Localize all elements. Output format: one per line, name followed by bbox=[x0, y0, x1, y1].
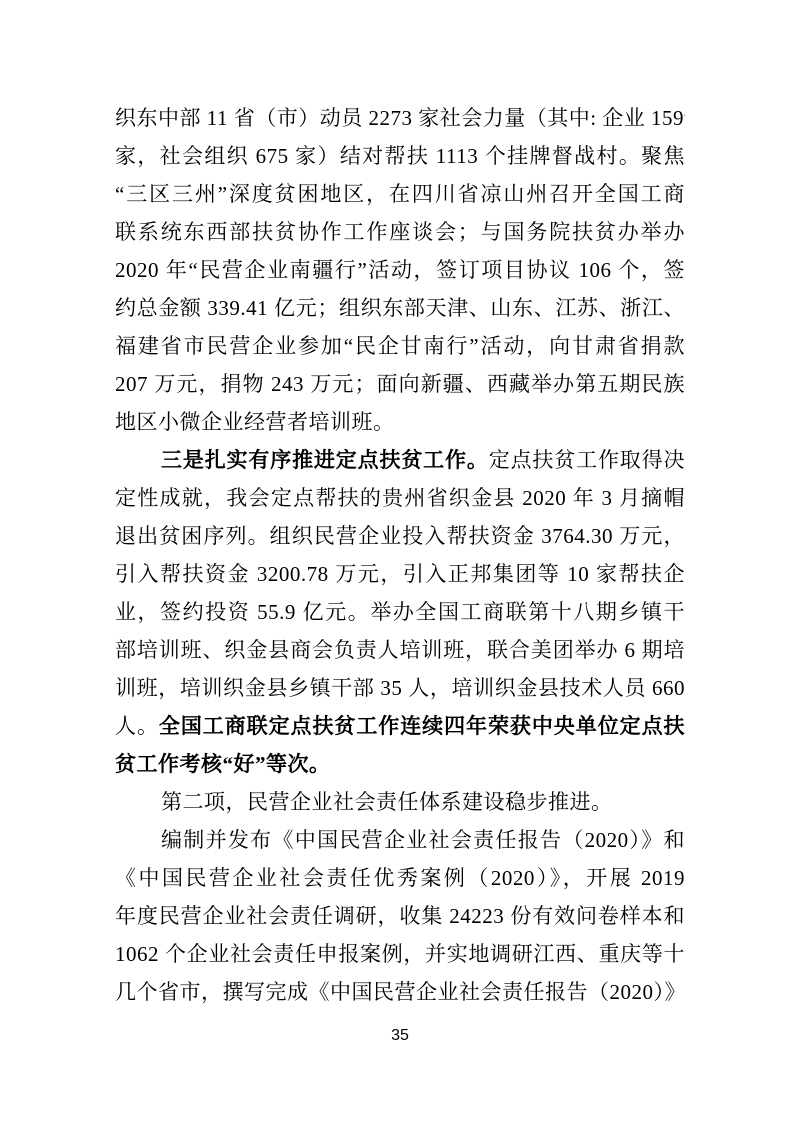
text-segment: 编制并发布《中国民营企业社会责任报告（2020）》和 bbox=[161, 828, 685, 852]
text-segment: 人。 bbox=[115, 714, 159, 738]
text-segment: 业，签约投资 55.9 亿元。举办全国工商联第十八期乡镇干 bbox=[115, 600, 685, 624]
text-segment: 福建省市民营企业参加“民企甘南行”活动，向甘肃省捐款 bbox=[115, 334, 685, 358]
text-segment: 地区小微企业经营者培训班。 bbox=[115, 410, 395, 434]
text-segment: 年度民营企业社会责任调研，收集 24223 份有效问卷样本和 bbox=[115, 904, 685, 928]
text-line: 三是扎实有序推进定点扶贫工作。定点扶贫工作取得决 bbox=[115, 441, 685, 479]
text-line: 207 万元，捐物 243 万元；面向新疆、西藏举办第五期民族 bbox=[115, 365, 685, 403]
text-segment: 联系统东西部扶贫协作工作座谈会；与国务院扶贫办举办 bbox=[115, 220, 685, 244]
text-line: 1062 个企业社会责任申报案例，并实地调研江西、重庆等十 bbox=[115, 935, 685, 973]
text-line: “三区三州”深度贫困地区，在四川省凉山州召开全国工商 bbox=[115, 175, 685, 213]
text-line: 《中国民营企业社会责任优秀案例（2020）》，开展 2019 bbox=[115, 859, 685, 897]
text-line: 人。全国工商联定点扶贫工作连续四年荣获中央单位定点扶 bbox=[115, 707, 685, 745]
text-line: 织东中部 11 省（市）动员 2273 家社会力量（其中: 企业 1599 bbox=[115, 99, 685, 137]
text-line: 部培训班、织金县商会负责人培训班，联合美团举办 6 期培 bbox=[115, 631, 685, 669]
text-segment: 《中国民营企业社会责任优秀案例（2020）》，开展 2019 bbox=[115, 866, 685, 890]
bold-text-segment: 贫工作考核“好”等次。 bbox=[115, 752, 331, 776]
text-segment: 第二项，民营企业社会责任体系建设稳步推进。 bbox=[161, 790, 613, 814]
bold-text-segment: 全国工商联定点扶贫工作连续四年荣获中央单位定点扶 bbox=[159, 714, 685, 738]
text-line: 第二项，民营企业社会责任体系建设稳步推进。 bbox=[115, 783, 685, 821]
text-segment: 部培训班、织金县商会负责人培训班，联合美团举办 6 期培 bbox=[115, 638, 685, 662]
text-line: 引入帮扶资金 3200.78 万元，引入正邦集团等 10 家帮扶企 bbox=[115, 555, 685, 593]
text-line: 2020 年“民营企业南疆行”活动，签订项目协议 106 个，签 bbox=[115, 251, 685, 289]
text-line: 编制并发布《中国民营企业社会责任报告（2020）》和 bbox=[115, 821, 685, 859]
text-line: 年度民营企业社会责任调研，收集 24223 份有效问卷样本和 bbox=[115, 897, 685, 935]
text-segment: “三区三州”深度贫困地区，在四川省凉山州召开全国工商 bbox=[115, 182, 685, 206]
bold-text-segment: 三是扎实有序推进定点扶贫工作。 bbox=[161, 448, 489, 472]
text-line: 贫工作考核“好”等次。 bbox=[115, 745, 685, 783]
document-page: 织东中部 11 省（市）动员 2273 家社会力量（其中: 企业 1599家，社… bbox=[0, 0, 800, 1131]
text-segment: 退出贫困序列。组织民营企业投入帮扶资金 3764.30 万元， bbox=[115, 524, 685, 548]
text-line: 几个省市，撰写完成《中国民营企业社会责任报告（2020）》 bbox=[115, 973, 685, 1011]
text-line: 定性成就，我会定点帮扶的贵州省织金县 2020 年 3 月摘帽 bbox=[115, 479, 685, 517]
text-line: 联系统东西部扶贫协作工作座谈会；与国务院扶贫办举办 bbox=[115, 213, 685, 251]
text-line: 约总金额 339.41 亿元；组织东部天津、山东、江苏、浙江、 bbox=[115, 289, 685, 327]
text-segment: 几个省市，撰写完成《中国民营企业社会责任报告（2020）》 bbox=[115, 980, 685, 1004]
text-segment: 引入帮扶资金 3200.78 万元，引入正邦集团等 10 家帮扶企 bbox=[115, 562, 685, 586]
text-segment: 定性成就，我会定点帮扶的贵州省织金县 2020 年 3 月摘帽 bbox=[115, 486, 685, 510]
text-line: 退出贫困序列。组织民营企业投入帮扶资金 3764.30 万元， bbox=[115, 517, 685, 555]
text-segment: 1062 个企业社会责任申报案例，并实地调研江西、重庆等十 bbox=[115, 942, 685, 966]
text-segment: 2020 年“民营企业南疆行”活动，签订项目协议 106 个，签 bbox=[115, 258, 685, 282]
text-line: 家，社会组织 675 家）结对帮扶 1113 个挂牌督战村。聚焦 bbox=[115, 137, 685, 175]
text-line: 业，签约投资 55.9 亿元。举办全国工商联第十八期乡镇干 bbox=[115, 593, 685, 631]
text-segment: 207 万元，捐物 243 万元；面向新疆、西藏举办第五期民族 bbox=[115, 372, 685, 396]
text-segment: 织东中部 11 省（市）动员 2273 家社会力量（其中: 企业 1599 bbox=[115, 106, 685, 130]
text-segment: 约总金额 339.41 亿元；组织东部天津、山东、江苏、浙江、 bbox=[115, 296, 685, 320]
text-line: 地区小微企业经营者培训班。 bbox=[115, 403, 685, 441]
text-segment: 定点扶贫工作取得决 bbox=[489, 448, 685, 472]
text-segment: 训班，培训织金县乡镇干部 35 人，培训织金县技术人员 660 bbox=[115, 676, 685, 700]
page-number: 35 bbox=[0, 1027, 800, 1045]
text-segment: 家，社会组织 675 家）结对帮扶 1113 个挂牌督战村。聚焦 bbox=[115, 144, 685, 168]
text-line: 福建省市民营企业参加“民企甘南行”活动，向甘肃省捐款 bbox=[115, 327, 685, 365]
document-body: 织东中部 11 省（市）动员 2273 家社会力量（其中: 企业 1599家，社… bbox=[115, 99, 685, 1011]
text-line: 训班，培训织金县乡镇干部 35 人，培训织金县技术人员 660 bbox=[115, 669, 685, 707]
